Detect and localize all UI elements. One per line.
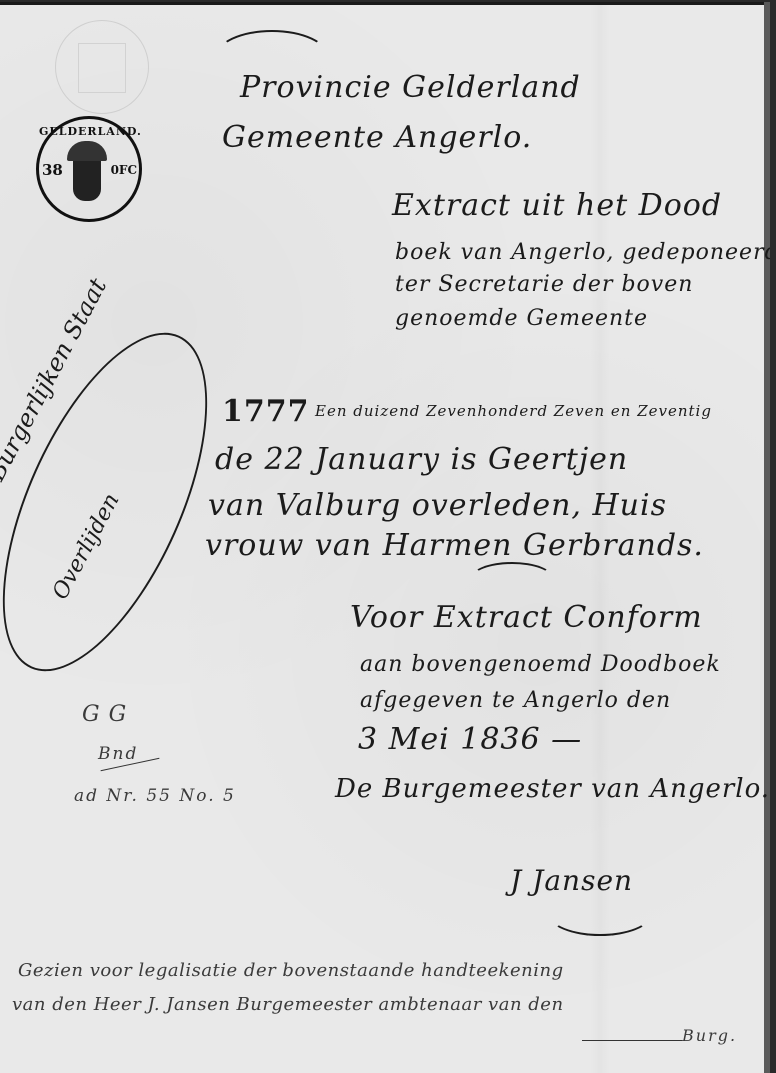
header-province: Provincie Gelderland xyxy=(240,70,581,105)
intro-line-2: boek van Angerlo, gedeponeerd xyxy=(395,240,770,265)
stamp-right-value: 0FC xyxy=(111,163,137,177)
certification-line-1: Voor Extract Conform xyxy=(350,600,703,635)
crown-icon xyxy=(67,141,107,161)
coat-of-arms-icon xyxy=(73,161,101,201)
footer-line-2: van den Heer J. Jansen Burgemeester ambt… xyxy=(12,994,564,1015)
stamp-left-value: 38 xyxy=(42,161,63,179)
certification-date: 3 Mei 1836 — xyxy=(358,722,582,757)
entry-line-2: de 22 January is Geertjen xyxy=(215,442,628,477)
margin-abbrev: Bnd xyxy=(98,744,138,764)
embossed-seal-shield-icon xyxy=(78,43,126,93)
certification-flourish xyxy=(470,562,554,596)
signature-paraph xyxy=(548,892,652,936)
intro-line-1: Extract uit het Dood xyxy=(392,188,722,223)
intro-line-3: ter Secretarie der boven xyxy=(395,272,693,297)
footer-line-1: Gezien voor legalisatie der bovenstaande… xyxy=(18,960,564,981)
entry-year: 1777 xyxy=(222,394,310,429)
page-right-edge xyxy=(764,2,770,1073)
entry-line-4: vrouw van Harmen Gerbrands. xyxy=(205,528,704,563)
certification-line-2: aan bovengenoemd Doodboek xyxy=(360,652,721,677)
margin-reference: ad Nr. 55 No. 5 xyxy=(74,786,236,806)
gelderland-stamp: GELDERLAND. 38 0FC xyxy=(36,116,142,222)
document-page: GELDERLAND. 38 0FC Provincie Gelderland … xyxy=(0,2,770,1073)
entry-line-3: van Valburg overleden, Huis xyxy=(208,488,667,523)
entry-line-1: Een duizend Zevenhonderd Zeven en Zevent… xyxy=(315,402,712,420)
embossed-seal-icon xyxy=(55,20,149,114)
header-municipality: Gemeente Angerlo. xyxy=(222,120,532,155)
intro-line-4: genoemde Gemeente xyxy=(395,306,648,331)
signature-title: De Burgemeester van Angerlo. xyxy=(335,774,770,804)
page-top-edge xyxy=(0,2,770,5)
stamp-top-text: GELDERLAND. xyxy=(39,125,139,138)
footer-rule xyxy=(582,1040,682,1041)
footer-line-3: Burg. xyxy=(682,1026,737,1045)
certification-line-3: afgegeven te Angerlo den xyxy=(360,688,671,713)
margin-initials: G G xyxy=(82,702,127,727)
